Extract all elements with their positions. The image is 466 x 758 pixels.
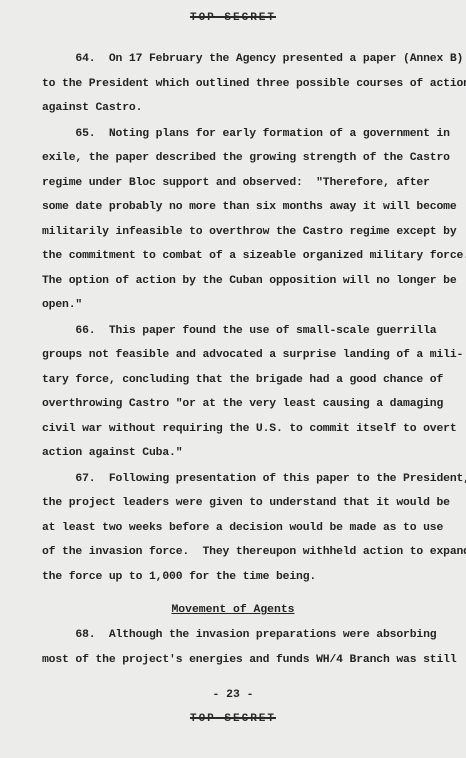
text-line: 65. Noting plans for early formation of … — [42, 128, 450, 140]
text-line: civil war without requiring the U.S. to … — [42, 423, 457, 435]
classification-marking-top: TOP SECRET — [0, 12, 466, 24]
text-line: 64. On 17 February the Agency presented … — [42, 53, 463, 65]
text-line: the project leaders were given to unders… — [42, 497, 450, 509]
text-line: to the President which outlined three po… — [42, 78, 466, 90]
text-line: the commitment to combat of a sizeable o… — [42, 250, 466, 262]
text-line: regime under Bloc support and observed: … — [42, 177, 430, 189]
text-line: The option of action by the Cuban opposi… — [42, 275, 457, 287]
text-line: of the invasion force. They thereupon wi… — [42, 546, 466, 558]
classification-marking-bottom: TOP SECRET — [0, 713, 466, 725]
text-line: the force up to 1,000 for the time being… — [42, 571, 316, 583]
text-line: open." — [42, 299, 82, 311]
text-line: overthrowing Castro "or at the very leas… — [42, 398, 443, 410]
text-line: 66. This paper found the use of small-sc… — [42, 325, 436, 337]
page-number: - 23 - — [0, 689, 466, 701]
text-line: most of the project's energies and funds… — [42, 654, 457, 666]
text-line: 68. Although the invasion preparations w… — [42, 629, 436, 641]
text-line: 67. Following presentation of this paper… — [42, 473, 466, 485]
text-line: action against Cuba." — [42, 447, 182, 459]
text-line: at least two weeks before a decision wou… — [42, 522, 443, 534]
text-line: tary force, concluding that the brigade … — [42, 374, 443, 386]
text-line: groups not feasible and advocated a surp… — [42, 349, 463, 361]
section-heading: Movement of Agents — [0, 604, 466, 616]
document-page: TOP SECRET 64. On 17 February the Agency… — [0, 0, 466, 758]
text-line: exile, the paper described the growing s… — [42, 152, 450, 164]
text-line: some date probably no more than six mont… — [42, 201, 457, 213]
text-line: against Castro. — [42, 102, 142, 114]
text-line: militarily infeasible to overthrow the C… — [42, 226, 457, 238]
